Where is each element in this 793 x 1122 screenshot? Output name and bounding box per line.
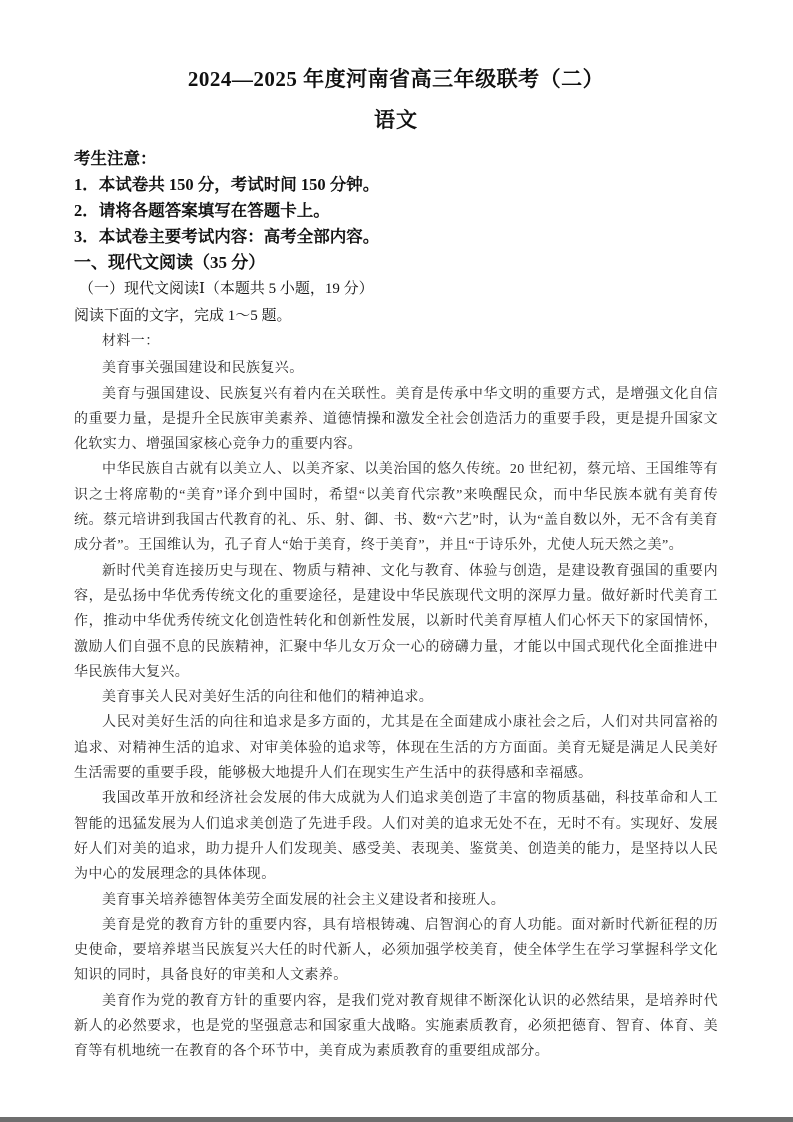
subsection-heading-reading-1: （一）现代文阅读Ⅰ（本题共 5 小题，19 分） xyxy=(74,276,718,303)
reading-instruction: 阅读下面的文字，完成 1～5 题。 xyxy=(74,303,718,329)
body-paragraph: 我国改革开放和经济社会发展的伟大成就为人们追求美创造了丰富的物质基础，科技革命和… xyxy=(74,786,718,887)
notice-item: 3．本试卷主要考试内容：高考全部内容。 xyxy=(74,224,718,250)
notice-label: 考生注意： xyxy=(74,146,718,172)
material-one-body: 美育事关强国建设和民族复兴。美育与强国建设、民族复兴有着内在关联性。美育是传承中… xyxy=(74,356,718,1064)
notice-list: 1．本试卷共 150 分，考试时间 150 分钟。2．请将各题答案填写在答题卡上… xyxy=(74,172,718,250)
exam-paper-page: 2024—2025 年度河南省高三年级联考（二） 语文 考生注意： 1．本试卷共… xyxy=(0,0,793,1122)
page-content: 2024—2025 年度河南省高三年级联考（二） 语文 考生注意： 1．本试卷共… xyxy=(0,0,793,1065)
body-paragraph: 美育事关强国建设和民族复兴。 xyxy=(74,356,718,381)
body-paragraph: 美育事关人民对美好生活的向往和他们的精神追求。 xyxy=(74,685,718,710)
body-paragraph: 人民对美好生活的向往和追求是多方面的，尤其是在全面建成小康社会之后，人们对共同富… xyxy=(74,710,718,786)
notice-item: 1．本试卷共 150 分，考试时间 150 分钟。 xyxy=(74,172,718,198)
body-paragraph: 美育与强国建设、民族复兴有着内在关联性。美育是传承中华文明的重要方式，是增强文化… xyxy=(74,382,718,458)
page-title: 2024—2025 年度河南省高三年级联考（二） xyxy=(74,66,718,92)
scan-bottom-edge-bar xyxy=(0,1117,793,1122)
body-paragraph: 中华民族自古就有以美立人、以美齐家、以美治国的悠久传统。20 世纪初，蔡元培、王… xyxy=(74,457,718,558)
body-paragraph: 美育作为党的教育方针的重要内容，是我们党对教育规律不断深化认识的必然结果，是培养… xyxy=(74,989,718,1065)
section-heading-modern-reading: 一、现代文阅读（35 分） xyxy=(74,250,718,276)
body-paragraph: 新时代美育连接历史与现在、物质与精神、文化与教育、体验与创造，是建设教育强国的重… xyxy=(74,559,718,685)
subject-title: 语文 xyxy=(74,107,718,133)
material-one-label: 材料一： xyxy=(74,329,718,354)
body-paragraph: 美育是党的教育方针的重要内容，具有培根铸魂、启智润心的育人功能。面对新时代新征程… xyxy=(74,913,718,989)
candidate-notice: 考生注意： 1．本试卷共 150 分，考试时间 150 分钟。2．请将各题答案填… xyxy=(74,146,718,250)
body-paragraph: 美育事关培养德智体美劳全面发展的社会主义建设者和接班人。 xyxy=(74,888,718,913)
notice-item: 2．请将各题答案填写在答题卡上。 xyxy=(74,198,718,224)
